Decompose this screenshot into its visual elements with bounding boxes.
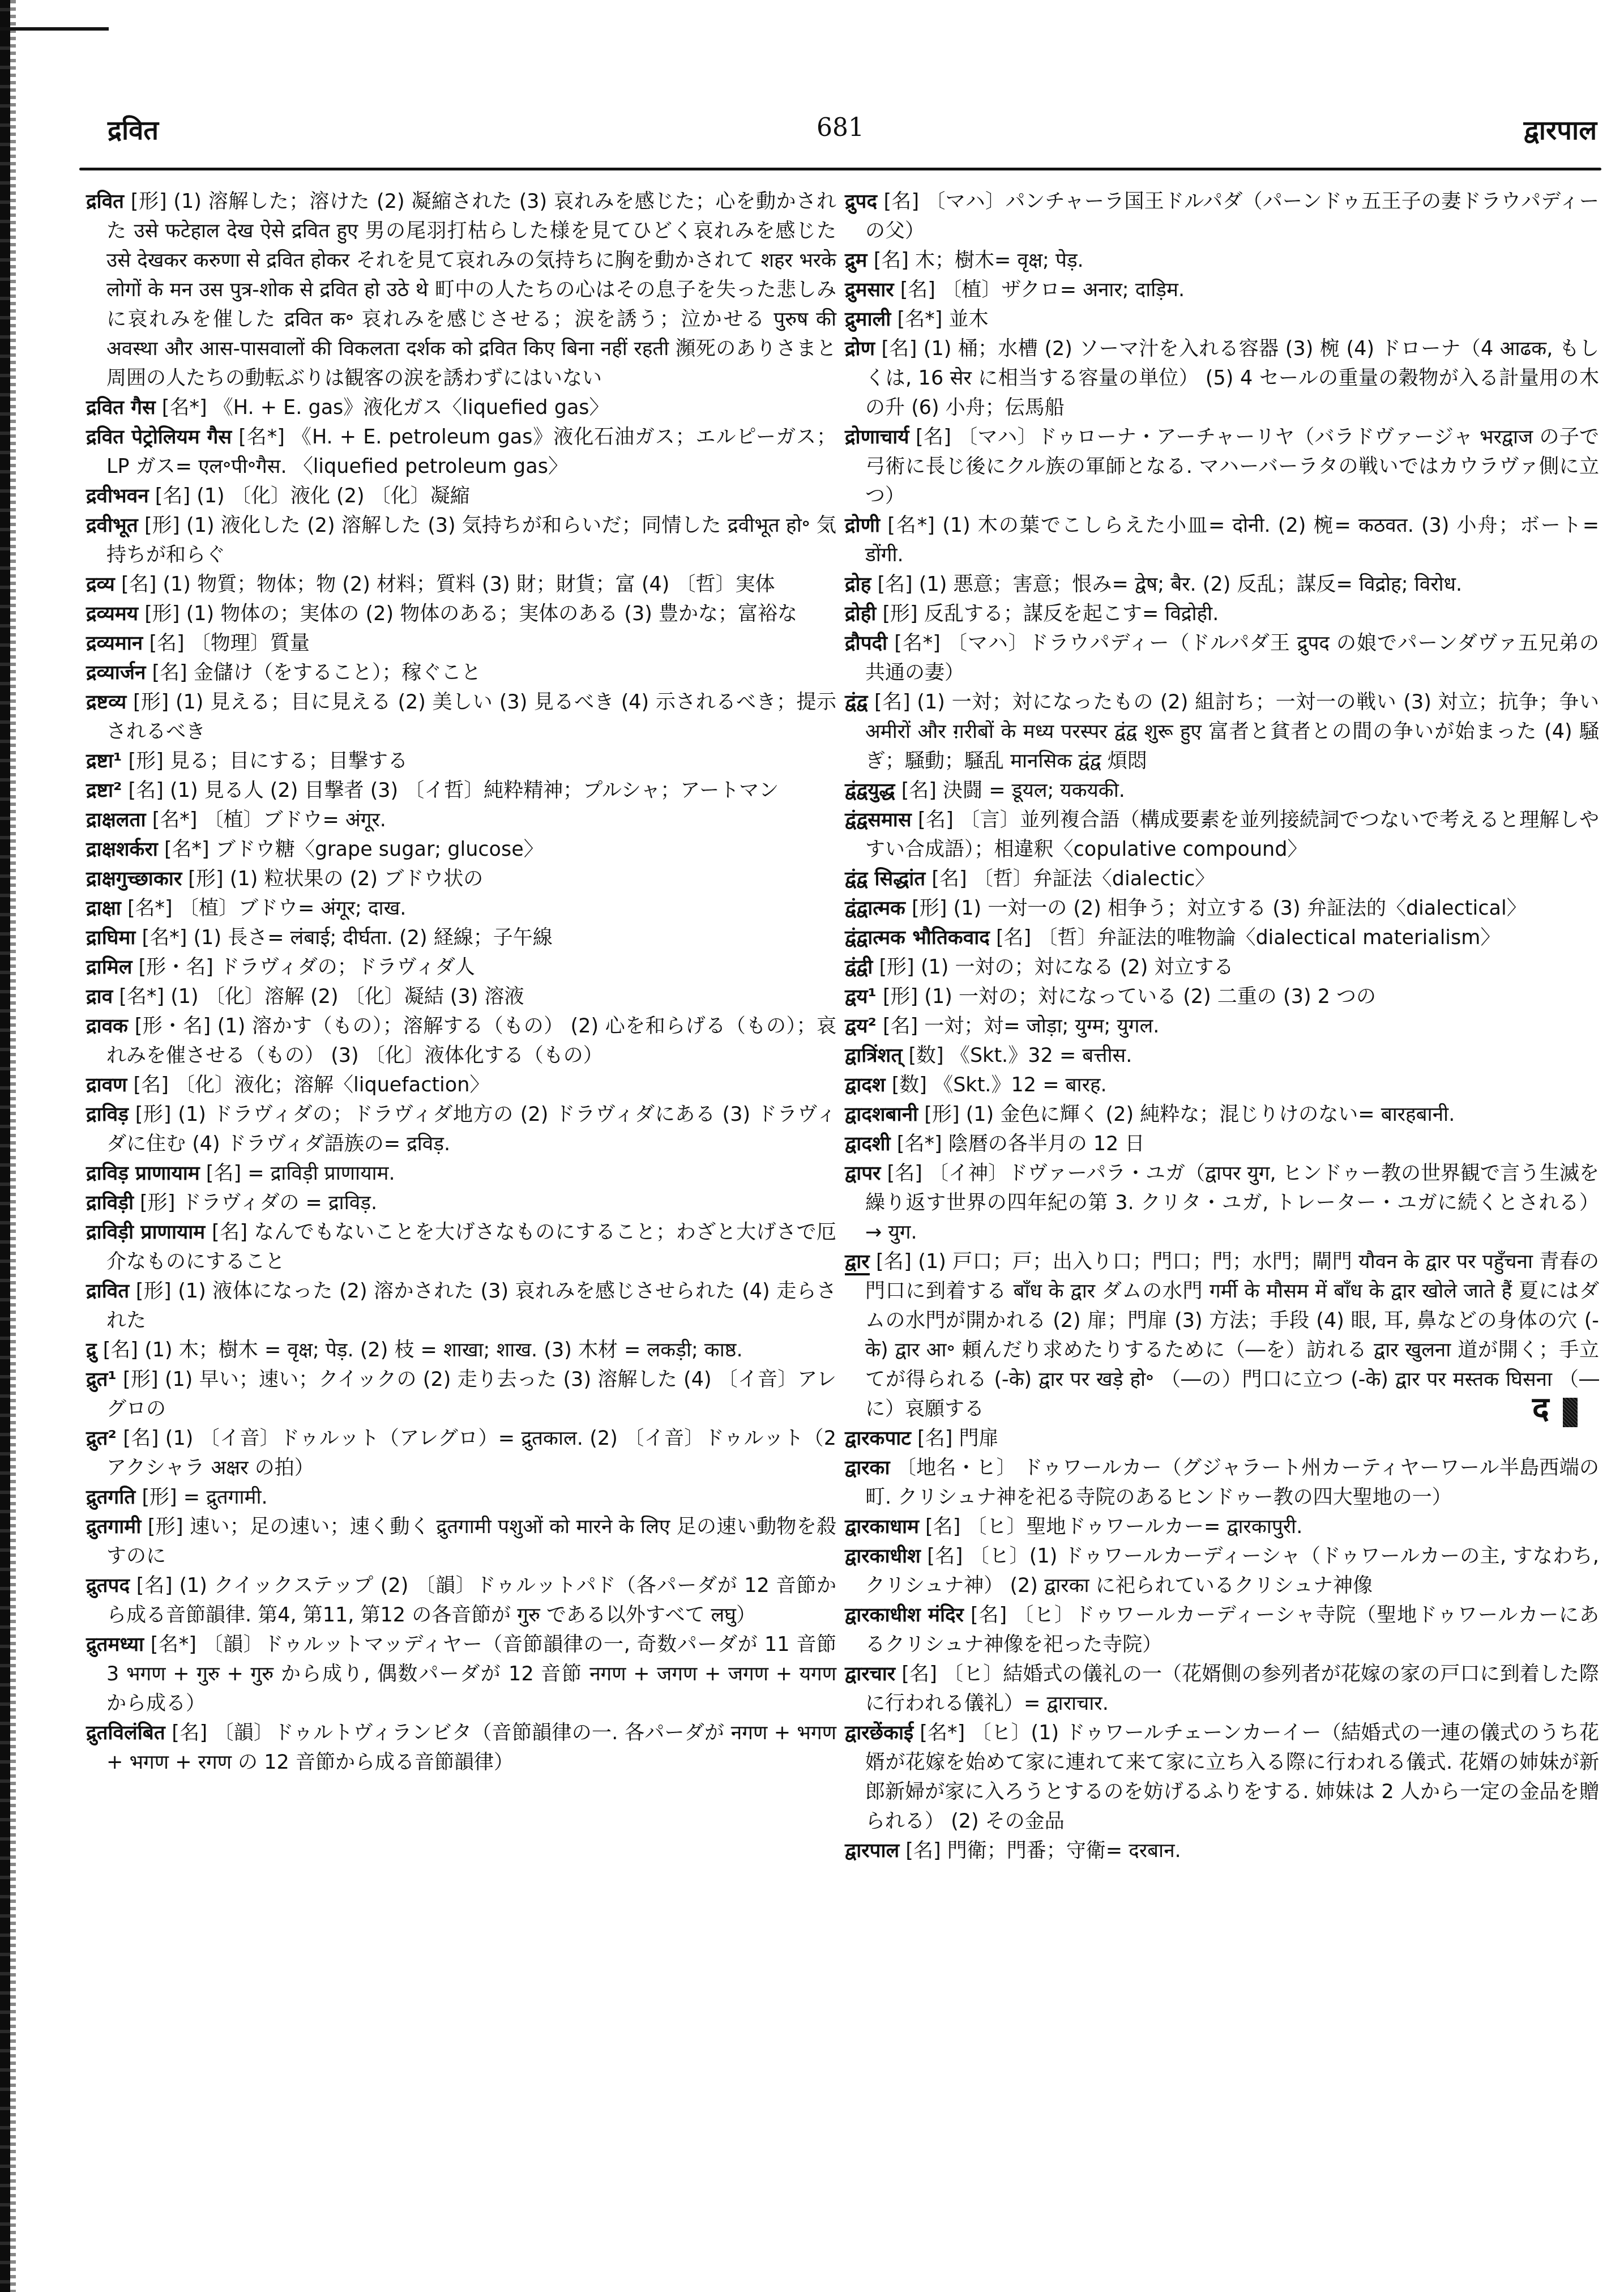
- entry-body: ドラヴィダの = द्राविड़.: [175, 1192, 377, 1214]
- dictionary-entry: द्रव्यार्जन [名] 金儲け（をすること）；稼ぐこと: [86, 658, 836, 688]
- entry-body: 〔哲〕弁証法的唯物論〈dialectical materialism〉: [1031, 927, 1500, 949]
- entry-headword: द्रुतगति: [86, 1486, 135, 1509]
- entry-headword: द्रुतपद: [86, 1574, 130, 1597]
- entry-pos-tag: [形]: [905, 897, 947, 920]
- entry-pos-tag: [形]: [876, 603, 917, 625]
- entry-pos-tag: [名]: [877, 190, 919, 213]
- entry-pos-tag: [数]: [902, 1044, 943, 1067]
- page-number: 681: [79, 113, 1601, 142]
- entry-pos-tag: [名]: [912, 809, 954, 831]
- entry-body: 速い；足の速い；速く動く द्रुतगामी पशुओं को मारने के…: [106, 1516, 836, 1568]
- entry-headword: द्वारपाल: [845, 1839, 899, 1862]
- dictionary-entry: द्रव्यमान [名] 〔物理〕質量: [86, 629, 836, 658]
- entry-headword: द्वारकपाट: [845, 1427, 911, 1450]
- dictionary-entry: द्राघिमा [名*] (1) 長さ= लंबाई; दीर्घता. (2…: [86, 923, 836, 953]
- entry-pos-tag: [名]: [149, 485, 190, 507]
- entry-pos-tag: [名]: [115, 573, 156, 596]
- entry-body: (1) 〔イ音〕ドゥルット（アレグロ）= द्रुतकाल. (2) 〔イ音〕ド…: [106, 1427, 836, 1479]
- dictionary-entry: द्वंद्व [名] (1) 一対；対になったもの (2) 組討ち；一対一の戦…: [845, 688, 1599, 776]
- entry-pos-tag: [形]: [138, 514, 180, 537]
- entry-headword: द्रावण: [86, 1074, 127, 1096]
- dictionary-entry: द्वंद्वयुद्ध [名] 決闘 = डूयल; यकयकी.: [845, 776, 1599, 805]
- column-right: द्रुपद [名] 〔マハ〕パンチャーラ国王ドルパダ（パーンドゥ五王子の妻ドラ…: [845, 187, 1599, 1866]
- entry-headword: द्रावित: [86, 1280, 129, 1303]
- header-rule: [79, 168, 1601, 170]
- entry-headword: द्वंद्व: [845, 691, 867, 714]
- entry-pos-tag: [名]: [895, 779, 937, 802]
- entry-body: (1) 金色に輝く (2) 純粋な；混じりけのない= बारहबानी.: [960, 1103, 1455, 1126]
- dictionary-page: द्रवित 681 द्वारपाल द्रवित [形] (1) 溶解した；…: [0, 0, 1624, 2292]
- entry-pos-tag: [名]: [919, 1516, 960, 1538]
- entry-pos-tag: [形]: [126, 691, 169, 714]
- entry-headword: द्वारछेंकाई: [845, 1722, 913, 1744]
- entry-headword: द्राव: [86, 985, 113, 1008]
- entry-body: (1) 見る人 (2) 目撃者 (3) 〔イ哲〕純粋精神；プルシャ；アートマン: [164, 779, 779, 802]
- entry-body: 〔植〕ザクロ= अनार; दाड़िम.: [935, 279, 1185, 301]
- entry-pos-tag: [形]: [138, 603, 180, 625]
- entry-body: 金儲け（をすること）；稼ぐこと: [187, 661, 481, 684]
- entry-pos-tag: [名]: [205, 1221, 247, 1244]
- entry-body: 見る；目にする；目撃する: [164, 750, 408, 772]
- entry-pos-tag: [名]: [867, 249, 909, 272]
- entry-headword: द्रव्यमय: [86, 603, 138, 625]
- entry-headword: द्रव्यार्जन: [86, 661, 146, 684]
- dictionary-entry: द्वारकाधीश [名] 〔ヒ〕(1) ドゥワールカーディーシャ（ドゥワール…: [845, 1542, 1599, 1600]
- entry-body: (1) 一対；対になったもの (2) 組討ち；一対一の戦い (3) 対立；抗争；…: [865, 691, 1599, 772]
- entry-headword: द्रुमाली: [845, 308, 891, 331]
- entry-body: (1) 早い；速い；クイックの (2) 走り去った (3) 溶解した (4) 〔…: [106, 1368, 836, 1420]
- entry-headword: द्रुत²: [86, 1427, 117, 1450]
- dictionary-entry: द्वारकाधाम [名] 〔ヒ〕聖地ドゥワールカー= द्वारकापुरी…: [845, 1512, 1599, 1542]
- entry-pos-tag: [名]: [895, 1663, 937, 1685]
- entry-headword: द्वंद्व सिद्धांत: [845, 868, 925, 890]
- entry-headword: द्रुपद: [845, 190, 877, 213]
- entry-pos-tag: [名*]: [144, 1633, 196, 1656]
- entry-headword: द्वापर: [845, 1162, 881, 1185]
- entry-headword: द्रष्टव्य: [86, 691, 126, 714]
- entry-body: 〔哲〕弁証法〈dialectic〉: [967, 868, 1215, 890]
- entry-body: ドラヴィダの；ドラヴィダ人: [213, 956, 475, 979]
- dictionary-entry: द्वंद्वसमास [名] 〔言〕並列複合語（構成要素を並列接続詞でつないで…: [845, 805, 1599, 864]
- entry-headword: द्वारचार: [845, 1663, 895, 1685]
- entry-pos-tag: [名*]: [891, 308, 942, 331]
- entry-headword: द्वंद्वयुद्ध: [845, 779, 895, 802]
- dictionary-entry: द्राविड़ [形] (1) ドラヴィダの；ドラヴィダ地方の (2) ドラヴ…: [86, 1100, 836, 1159]
- entry-pos-tag: [形・名]: [132, 956, 213, 979]
- scan-edge-artifact: [0, 0, 10, 2292]
- entry-pos-tag: [名*]: [232, 426, 285, 449]
- entry-headword: द्राक्षगुच्छाकार: [86, 868, 182, 890]
- dictionary-entry: द्रवीभवन [名] (1) 〔化〕液化 (2) 〔化〕凝縮: [86, 481, 836, 511]
- dictionary-entry: द्रोण [名] (1) 桶；水槽 (2) ソーマ汁を入れる容器 (3) 椀 …: [845, 334, 1599, 422]
- dictionary-entry: द्वंद्वी [形] (1) 一対の；対になる (2) 対立する: [845, 953, 1599, 982]
- entry-headword: द्वय²: [845, 1015, 877, 1038]
- entry-headword: द्वय¹: [845, 985, 877, 1008]
- entry-body: 反乱する；謀反を起こす= विद्रोही.: [918, 603, 1219, 625]
- entry-body: 《Skt.》12 = बारह.: [927, 1074, 1107, 1096]
- entry-headword: द्वादशबानी: [845, 1103, 918, 1126]
- entry-headword: द्वात्रिंशत्: [845, 1044, 902, 1067]
- entry-pos-tag: [名*]: [158, 838, 210, 861]
- entry-pos-tag: 〔地名・ヒ〕: [890, 1457, 1016, 1479]
- dictionary-entry: द्रुतगामी [形] 速い；足の速い；速く動く द्रुतगामी पशु…: [86, 1512, 836, 1571]
- entry-body: 〔マハ〕ドゥローナ・アーチャーリヤ（バラドヴァージャ भरद्वाज の子で弓術…: [865, 426, 1599, 507]
- dictionary-entry: द्रवित पेट्रोलियम गैस [名*] 《H. + E. petr…: [86, 422, 836, 481]
- entry-pos-tag: [名]: [130, 1574, 173, 1597]
- entry-body: (1) 溶かす（もの）；溶解する（もの） (2) 心を和らげる（もの）；哀れみを…: [106, 1015, 836, 1067]
- entry-headword: द्वारकाधीश मंदिर: [845, 1604, 964, 1627]
- entry-pos-tag: [形]: [918, 1103, 959, 1126]
- header-guide-word-right: द्वारपाल: [1524, 111, 1597, 147]
- entry-pos-tag: [名]: [911, 1427, 952, 1450]
- entry-body: 〔言〕並列複合語（構成要素を並列接続詞でつないで考えると理解しやすい合成語）；相…: [865, 809, 1599, 861]
- dictionary-entry: द्रोह [名] (1) 悪意；害意；恨み= द्वेष; बैर. (2) …: [845, 570, 1599, 599]
- entry-body: 〔化〕液化；溶解〈liquefaction〉: [169, 1074, 490, 1096]
- thumb-index-letter: द: [1532, 1392, 1549, 1426]
- dictionary-entry: द्वंद्वात्मक भौतिकवाद [名] 〔哲〕弁証法的唯物論〈dia…: [845, 923, 1599, 953]
- entry-pos-tag: [名]: [990, 927, 1031, 949]
- entry-headword: द्राविड़ी प्राणायाम: [86, 1221, 205, 1244]
- entry-headword: द्रावक: [86, 1015, 128, 1038]
- entry-body: 〔韻〕ドゥルットマッディヤー（音節韻律の一, 奇数パーダが 11 音節 3 भग…: [106, 1633, 836, 1715]
- entry-pos-tag: [名]: [909, 426, 951, 449]
- entry-body: 門扉: [952, 1427, 998, 1450]
- entry-body: (1) 見える；目に見える (2) 美しい (3) 見るべき (4) 示されるべ…: [106, 691, 836, 743]
- entry-headword: द्राक्षा: [86, 897, 121, 920]
- entry-headword: द्राविड़ी: [86, 1192, 134, 1214]
- entry-pos-tag: [名*]: [113, 985, 164, 1008]
- entry-headword: द्रव्य: [86, 573, 115, 596]
- entry-body: 〔ヒ〕結婚式の儀礼の一（花婿側の参列者が花嫁の家の戸口に到着した際に行われる儀礼…: [865, 1663, 1599, 1715]
- entry-body: 門衛；門番；守衛= दरबान.: [941, 1839, 1181, 1862]
- entry-body: 並木: [942, 308, 988, 331]
- entry-body: 〔マハ〕ドラウパディー（ドルパダ王 द्रुपद の娘でパーンダヴァ五兄弟の共通…: [865, 632, 1599, 684]
- entry-body: (1) 悪意；害意；恨み= द्वेष; बैर. (2) 反乱；謀反= विद…: [913, 573, 1463, 596]
- thumb-index-block-icon: [1563, 1398, 1578, 1427]
- entry-body: 《Skt.》32 = बत्तीस.: [944, 1044, 1132, 1067]
- entry-body: 〔ヒ〕(1) ドゥワールカーディーシャ（ドゥワールカーの主, すなわち, クリシ…: [865, 1545, 1599, 1597]
- entry-pos-tag: [名]: [921, 1545, 963, 1568]
- scan-edge-fade-artifact: [10, 0, 16, 2292]
- entry-pos-tag: [名]: [871, 573, 912, 596]
- dictionary-entry: द्रोणाचार्य [名] 〔マハ〕ドゥローナ・アーチャーリヤ（バラドヴァー…: [845, 422, 1599, 511]
- entry-headword: द्वादश: [845, 1074, 886, 1096]
- entry-pos-tag: [名]: [165, 1722, 207, 1744]
- entry-headword: द्रोणाचार्य: [845, 426, 909, 449]
- dictionary-entry: द्रु [名] (1) 木；樹木 = वृक्ष; पेड़. (2) 枝 =…: [86, 1335, 836, 1365]
- entry-body: = द्राविड़ी प्राणायाम.: [241, 1162, 395, 1185]
- dictionary-entry: द्रुत² [名] (1) 〔イ音〕ドゥルット（アレグロ）= द्रुतकाल…: [86, 1424, 836, 1483]
- dictionary-entry: द्राक्षगुच्छाकार [形] (1) 粒状果の (2) ブドウ状の: [86, 864, 836, 894]
- entry-pos-tag: [名*]: [913, 1722, 965, 1744]
- entry-pos-tag: [名]: [881, 1162, 922, 1185]
- entry-body: 決闘 = डूयल; यकयकी.: [937, 779, 1125, 802]
- entry-pos-tag: [名*]: [880, 514, 935, 537]
- dictionary-entry: द्रव्य [名] (1) 物質；物体；物 (2) 材料；質料 (3) 財；財…: [86, 570, 836, 599]
- dictionary-entry: द्रुमसार [名] 〔植〕ザクロ= अनार; दाड़िम.: [845, 275, 1599, 305]
- dictionary-entry: द्वारपाल [名] 門衛；門番；守衛= दरबान.: [845, 1836, 1599, 1866]
- dictionary-entry: द्राक्षा [名*] 〔植〕ブドウ= अंगूर; दाख.: [86, 894, 836, 923]
- entry-pos-tag: [形]: [124, 190, 167, 213]
- dictionary-entry: द्वारका 〔地名・ヒ〕 ドゥワールカー（グジャラート州カーティヤーワール半…: [845, 1453, 1599, 1512]
- dictionary-entry: द्राविड़ प्राणायाम [名] = द्राविड़ी प्राण…: [86, 1159, 836, 1188]
- dictionary-entry: द्वादशी [名*] 陰暦の各半月の 12 日: [845, 1129, 1599, 1159]
- entry-pos-tag: [形]: [134, 1192, 175, 1214]
- entry-pos-tag: [名]: [200, 1162, 241, 1185]
- dictionary-entry: द्वय² [名] 一対；対= जोड़ा; युग्म; युगल.: [845, 1011, 1599, 1041]
- entry-body: (1) 液体になった (2) 溶かされた (3) 哀れみを感じさせられた (4)…: [106, 1280, 836, 1332]
- entry-headword: द्रवित: [86, 190, 124, 213]
- entry-pos-tag: [名*]: [887, 632, 941, 655]
- dictionary-entry: द्रुपद [名] 〔マハ〕パンチャーラ国王ドルパダ（パーンドゥ五王子の妻ドラ…: [845, 187, 1599, 246]
- entry-pos-tag: [名]: [122, 779, 163, 802]
- entry-headword: द्वारकाधीश: [845, 1545, 921, 1568]
- entry-pos-tag: [名*]: [135, 927, 187, 949]
- dictionary-entry: द्राविड़ी प्राणायाम [名] なんでもないことを大げさなものに…: [86, 1218, 836, 1277]
- entry-headword: द्रवित गैस: [86, 396, 156, 419]
- entry-headword: द्रुतमध्या: [86, 1633, 144, 1656]
- entry-headword: द्राविड़: [86, 1103, 129, 1126]
- entry-headword: द्रामिल: [86, 956, 132, 979]
- entry-body: 《H. + E. gas》液化ガス〈liquefied gas〉: [207, 396, 609, 419]
- entry-pos-tag: [数]: [886, 1074, 927, 1096]
- entry-pos-tag: [名]: [146, 661, 187, 684]
- entry-pos-tag: [名]: [117, 1427, 159, 1450]
- thumb-index: द: [1532, 1392, 1606, 1432]
- entry-headword: द्रुत¹: [86, 1368, 117, 1391]
- entry-body: (1) クイックステップ (2) 〔韻〕ドゥルットパド（各パーダが 12 音節か…: [106, 1574, 836, 1627]
- column-left: द्रवित [形] (1) 溶解した；溶けた (2) 凝縮された (3) 哀れ…: [86, 187, 836, 1777]
- entry-headword: द्रुतगामी: [86, 1516, 141, 1538]
- entry-headword: द्राघिमा: [86, 927, 135, 949]
- entry-body: (1) 物体の；実体の (2) 物体のある；実体のある (3) 豊かな；富裕な: [180, 603, 798, 625]
- entry-body: 〔ヒ〕聖地ドゥワールカー= द्वारकापुरी.: [960, 1516, 1302, 1538]
- entry-body: (1) ドラヴィダの；ドラヴィダ地方の (2) ドラヴィダにある (3) ドラヴ…: [106, 1103, 836, 1155]
- entry-pos-tag: [形]: [877, 985, 918, 1008]
- entry-headword: द्वारकाधाम: [845, 1516, 919, 1538]
- entry-body: 〔ヒ〕(1) ドゥワールチェーンカーイー（結婚式の一連の儀式のうち花婿が花嫁を始…: [865, 1722, 1599, 1833]
- dictionary-entry: द्रुतमध्या [名*] 〔韻〕ドゥルットマッディヤー（音節韻律の一, 奇…: [86, 1630, 836, 1718]
- entry-pos-tag: [名]: [875, 338, 917, 360]
- dictionary-entry: द्रुतपद [名] (1) クイックステップ (2) 〔韻〕ドゥルットパド（…: [86, 1571, 836, 1630]
- entry-pos-tag: [名*]: [121, 897, 173, 920]
- entry-pos-tag: [形]: [873, 956, 914, 979]
- entry-pos-tag: [名]: [964, 1604, 1007, 1627]
- entry-body: (1) 桶；水槽 (2) ソーマ汁を入れる容器 (3) 椀 (4) ドローナ（4…: [865, 338, 1599, 419]
- dictionary-entry: द्रष्टा¹ [形] 見る；目にする；目撃する: [86, 746, 836, 776]
- entry-headword: द्रोणी: [845, 514, 880, 537]
- entry-headword: द्राविड़ प्राणायाम: [86, 1162, 200, 1185]
- dictionary-entry: द्रष्टव्य [形] (1) 見える；目に見える (2) 美しい (3) …: [86, 688, 836, 746]
- entry-pos-tag: [形]: [122, 750, 163, 772]
- dictionary-entry: द्राव [名*] (1) 〔化〕溶解 (2) 〔化〕凝結 (3) 溶液: [86, 982, 836, 1011]
- dictionary-entry: द्वारकपाट [名] 門扉: [845, 1424, 1599, 1453]
- entry-body: 〔物理〕質量: [185, 632, 310, 655]
- entry-pos-tag: [名]: [894, 279, 935, 301]
- entry-body: 〔韻〕ドゥルトヴィランビタ（音節韻律の一. 各パーダが नगण + भगण + …: [106, 1722, 836, 1774]
- entry-headword: द्रोण: [845, 338, 875, 360]
- entry-pos-tag: [名]: [899, 1839, 941, 1862]
- dictionary-entry: द्रावित [形] (1) 液体になった (2) 溶かされた (3) 哀れみ…: [86, 1277, 836, 1335]
- entry-headword: द्वारका: [845, 1457, 890, 1479]
- entry-pos-tag: [名]: [97, 1339, 138, 1361]
- dictionary-entry: द्रावण [名] 〔化〕液化；溶解〈liquefaction〉: [86, 1070, 836, 1100]
- entry-pos-tag: [形]: [129, 1103, 172, 1126]
- entry-pos-tag: [名]: [870, 1250, 912, 1273]
- entry-body: 〔マハ〕パンチャーラ国王ドルパダ（パーンドゥ五王子の妻ドラウパディーの父）: [865, 190, 1599, 242]
- entry-headword: द्वार: [845, 1250, 870, 1275]
- entry-body: 木；樹木= वृक्ष; पेड़.: [909, 249, 1084, 272]
- dictionary-entry: द्रुतगति [形] = द्रुतगामी.: [86, 1483, 836, 1512]
- entry-headword: द्वंद्वी: [845, 956, 873, 979]
- entry-body: (1) 一対一の (2) 相争う；対立する (3) 弁証法的〈dialectic…: [947, 897, 1526, 920]
- dictionary-entry: द्वार [名] (1) 戸口；戸；出入り口；門口；門；水門；閘門 यौवन …: [845, 1247, 1599, 1424]
- entry-headword: द्वादशी: [845, 1133, 891, 1155]
- dictionary-entry: द्रवित गैस [名*] 《H. + E. gas》液化ガス〈liquef…: [86, 393, 836, 422]
- entry-headword: द्रष्टा²: [86, 779, 122, 802]
- entry-pos-tag: [名]: [867, 691, 910, 714]
- dictionary-entry: द्रुत¹ [形] (1) 早い；速い；クイックの (2) 走り去った (3)…: [86, 1365, 836, 1424]
- dictionary-entry: द्रवीभूत [形] (1) 液化した (2) 溶解した (3) 気持ちが和…: [86, 511, 836, 570]
- entry-headword: द्रु: [86, 1339, 97, 1361]
- dictionary-entry: द्रोणी [名*] (1) 木の葉でこしらえた小皿= दोनी. (2) 椀…: [845, 511, 1599, 570]
- dictionary-entry: द्रुतविलंबित [名] 〔韻〕ドゥルトヴィランビタ（音節韻律の一. 各…: [86, 1718, 836, 1777]
- scan-line-artifact: [0, 27, 109, 31]
- dictionary-entry: द्वात्रिंशत् [数] 《Skt.》32 = बत्तीस.: [845, 1041, 1599, 1070]
- entry-pos-tag: [名]: [925, 868, 967, 890]
- running-header: द्रवित 681 द्वारपाल: [79, 111, 1601, 151]
- entry-body: 〔イ神〕ドヴァーパラ・ユガ（द्वापर युग, ヒンドゥー教の世界観で言う生…: [865, 1162, 1599, 1244]
- entry-pos-tag: [形]: [117, 1368, 159, 1391]
- entry-pos-tag: [形]: [129, 1280, 172, 1303]
- dictionary-entry: द्वादशबानी [形] (1) 金色に輝く (2) 純粋な；混じりけのない…: [845, 1100, 1599, 1129]
- entry-headword: द्रुम: [845, 249, 867, 272]
- dictionary-entry: द्रुमाली [名*] 並木: [845, 305, 1599, 334]
- entry-headword: द्रष्टा¹: [86, 750, 122, 772]
- entry-pos-tag: [形]: [141, 1516, 183, 1538]
- dictionary-entry: द्रव्यमय [形] (1) 物体の；実体の (2) 物体のある；実体のある…: [86, 599, 836, 629]
- entry-body: (1) 粒状果の (2) ブドウ状の: [224, 868, 484, 890]
- entry-pos-tag: [形]: [182, 868, 223, 890]
- dictionary-entry: द्वय¹ [形] (1) 一対の；対になっている (2) 二重の (3) 2 …: [845, 982, 1599, 1011]
- entry-body: (1) 物質；物体；物 (2) 材料；質料 (3) 財；財貨；富 (4) 〔哲〕…: [156, 573, 775, 596]
- entry-headword: द्वंद्वात्मक: [845, 897, 905, 920]
- entry-headword: द्राक्षशर्करा: [86, 838, 158, 861]
- dictionary-entry: द्रवित [形] (1) 溶解した；溶けた (2) 凝縮された (3) 哀れ…: [86, 187, 836, 393]
- entry-body: ブドウ糖〈grape sugar; glucose〉: [210, 838, 544, 861]
- entry-pos-tag: [名*]: [156, 396, 207, 419]
- entry-headword: द्रवीभूत: [86, 514, 138, 537]
- dictionary-entry: द्राक्षशर्करा [名*] ブドウ糖〈grape sugar; glu…: [86, 835, 836, 864]
- dictionary-entry: द्वारकाधीश मंदिर [名] 〔ヒ〕ドゥワールカーディーシャ寺院（聖…: [845, 1600, 1599, 1659]
- dictionary-entry: द्वंद्वात्मक [形] (1) 一対一の (2) 相争う；対立する (…: [845, 894, 1599, 923]
- entry-body: (1) 〔化〕溶解 (2) 〔化〕凝結 (3) 溶液: [164, 985, 524, 1008]
- dictionary-entry: द्वादश [数] 《Skt.》12 = बारह.: [845, 1070, 1599, 1100]
- dictionary-entry: द्रौपदी [名*] 〔マハ〕ドラウパディー（ドルパダ王 द्रुपद の娘…: [845, 629, 1599, 688]
- dictionary-entry: द्रष्टा² [名] (1) 見る人 (2) 目撃者 (3) 〔イ哲〕純粋精…: [86, 776, 836, 805]
- entry-headword: द्वंद्वात्मक भौतिकवाद: [845, 927, 990, 949]
- entry-body: (1) 木の葉でこしらえた小皿= दोनी. (2) 椀= कठवत. (3) …: [865, 514, 1599, 566]
- entry-headword: द्रवित पेट्रोलियम गैस: [86, 426, 232, 449]
- entry-headword: द्वंद्वसमास: [845, 809, 912, 831]
- dictionary-entry: द्वारचार [名] 〔ヒ〕結婚式の儀礼の一（花婿側の参列者が花嫁の家の戸口…: [845, 1659, 1599, 1718]
- entry-body: 陰暦の各半月の 12 日: [942, 1133, 1145, 1155]
- dictionary-entry: द्रामिल [形・名] ドラヴィダの；ドラヴィダ人: [86, 953, 836, 982]
- entry-headword: द्रवीभवन: [86, 485, 149, 507]
- entry-body: (1) 戸口；戸；出入り口；門口；門；水門；閘門 यौवन के द्वार प…: [865, 1250, 1599, 1420]
- entry-body: (1) 溶解した；溶けた (2) 凝縮された (3) 哀れみを感じた；心を動かさ…: [106, 190, 836, 390]
- entry-pos-tag: [形・名]: [128, 1015, 211, 1038]
- dictionary-entry: द्रोही [形] 反乱する；謀反を起こす= विद्रोही.: [845, 599, 1599, 629]
- entry-body: (1) 一対の；対になっている (2) 二重の (3) 2 つの: [918, 985, 1376, 1008]
- entry-pos-tag: [名*]: [146, 809, 198, 831]
- dictionary-entry: द्वारछेंकाई [名*] 〔ヒ〕(1) ドゥワールチェーンカーイー（結婚…: [845, 1718, 1599, 1836]
- entry-body: (1) 一対の；対になる (2) 対立する: [914, 956, 1234, 979]
- dictionary-entry: द्राविड़ी [形] ドラヴィダの = द्राविड़.: [86, 1188, 836, 1218]
- entry-pos-tag: [形]: [135, 1486, 177, 1509]
- entry-pos-tag: [名]: [127, 1074, 168, 1096]
- entry-headword: द्रौपदी: [845, 632, 887, 655]
- entry-headword: द्रोही: [845, 603, 876, 625]
- entry-body: 〔植〕ブドウ= अंगूर; दाख.: [173, 897, 407, 920]
- entry-body: = द्रुतगामी.: [177, 1486, 268, 1509]
- dictionary-entry: द्रुम [名] 木；樹木= वृक्ष; पेड़.: [845, 246, 1599, 275]
- entry-body: 〔植〕ブドウ= अंगूर.: [197, 809, 386, 831]
- entry-pos-tag: [名]: [143, 632, 184, 655]
- dictionary-entry: द्वापर [名] 〔イ神〕ドヴァーパラ・ユガ（द्वापर युग, ヒンド…: [845, 1159, 1599, 1247]
- entry-headword: द्रोह: [845, 573, 871, 596]
- dictionary-entry: द्राक्षलता [名*] 〔植〕ブドウ= अंगूर.: [86, 805, 836, 835]
- dictionary-entry: द्रावक [形・名] (1) 溶かす（もの）；溶解する（もの） (2) 心を…: [86, 1011, 836, 1070]
- entry-body: (1) 液化した (2) 溶解した (3) 気持ちが和らいだ；同情した द्रव…: [106, 514, 836, 566]
- entry-pos-tag: [名*]: [891, 1133, 942, 1155]
- entry-pos-tag: [名]: [877, 1015, 918, 1038]
- entry-headword: द्रव्यमान: [86, 632, 143, 655]
- entry-body: (1) 木；樹木 = वृक्ष; पेड़. (2) 枝 = शाखा; शा…: [138, 1339, 743, 1361]
- entry-body: (1) 〔化〕液化 (2) 〔化〕凝縮: [190, 485, 470, 507]
- entry-body: (1) 長さ= लंबाई; दीर्घता. (2) 経線；子午線: [187, 927, 552, 949]
- dictionary-entry: द्वंद्व सिद्धांत [名] 〔哲〕弁証法〈dialectic〉: [845, 864, 1599, 894]
- entry-headword: द्राक्षलता: [86, 809, 146, 831]
- entry-headword: द्रुमसार: [845, 279, 894, 301]
- entry-body: 一対；対= जोड़ा; युग्म; युगल.: [918, 1015, 1159, 1038]
- entry-headword: द्रुतविलंबित: [86, 1722, 165, 1744]
